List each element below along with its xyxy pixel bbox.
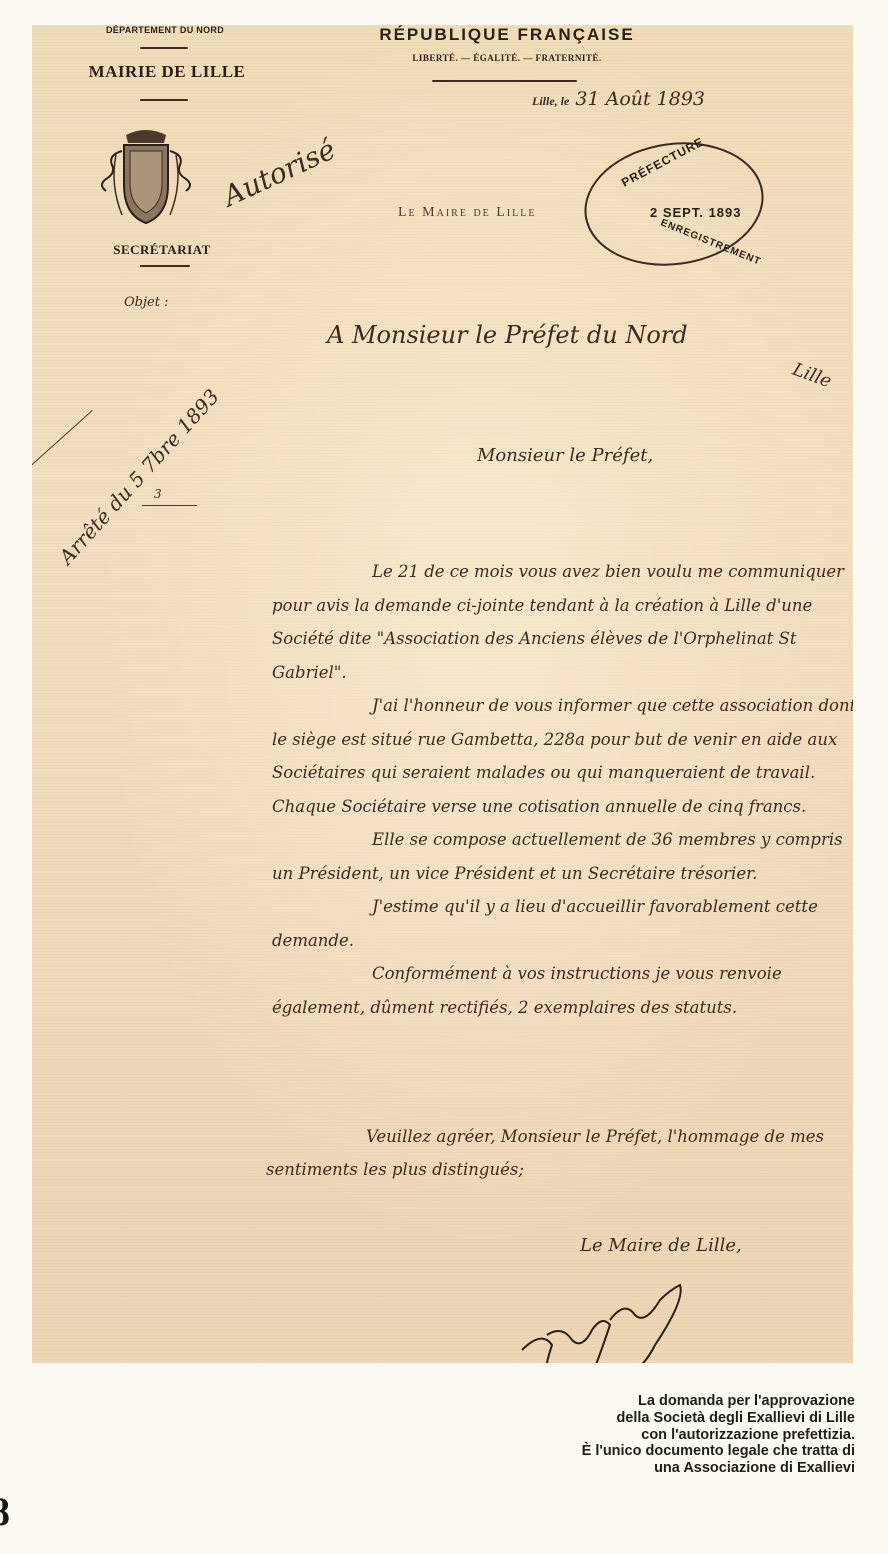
department-heading: DÉPARTEMENT DU NORD: [80, 25, 250, 35]
ornament-rule: [140, 47, 188, 49]
dateline-date: 31 Août 1893: [575, 88, 705, 110]
letter-paragraph: Le 21 de ce mois vous avez bien voulu me…: [272, 555, 853, 689]
letter-paragraph: Conformément à vos instructions je vous …: [272, 957, 853, 1024]
republic-motto: LIBERTÉ. — ÉGALITÉ. — FRATERNITÉ.: [337, 53, 677, 63]
caption-line: con l'autorizzazione prefettizia.: [420, 1427, 855, 1444]
caption-line: della Società degli Exallievi di Lille: [420, 1410, 855, 1427]
margin-note: Arrêté du 5 7bre 1893: [54, 384, 224, 569]
coat-of-arms-icon: [86, 125, 206, 235]
margin-line: [32, 410, 93, 625]
closing-text: Veuillez agréer, Monsieur le Préfet, l'h…: [266, 1120, 853, 1186]
caption-line: La domanda per l'approvazione: [420, 1393, 855, 1410]
letter-photograph: DÉPARTEMENT DU NORD MAIRIE DE LILLE SECR…: [32, 25, 853, 1363]
letter-paragraph: Elle se compose actuellement de 36 membr…: [272, 823, 853, 890]
letter-body: Le 21 de ce mois vous avez bien voulu me…: [272, 555, 853, 1024]
addressee-city: Lille: [790, 359, 835, 392]
dateline: Lille, le 31 Août 1893: [532, 88, 705, 110]
secretariat-heading: SECRÉTARIAT: [87, 242, 237, 258]
addressee: A Monsieur le Préfet du Nord: [327, 321, 688, 349]
objet-label: Objet :: [124, 295, 168, 310]
letter-closing: Veuillez agréer, Monsieur le Préfet, l'h…: [266, 1120, 853, 1186]
margin-tick: [142, 505, 197, 506]
signature-title: Le Maire de Lille,: [580, 1235, 742, 1256]
margin-number: 3: [154, 487, 162, 501]
mairie-heading: MAIRIE DE LILLE: [62, 62, 272, 82]
letter-paragraph: J'ai l'honneur de vous informer que cett…: [272, 689, 853, 823]
signature-icon: [502, 1280, 722, 1363]
letter-paragraph: J'estime qu'il y a lieu d'accueillir fav…: [272, 890, 853, 957]
republic-heading: RÉPUBLIQUE FRANÇAISE: [337, 25, 677, 45]
ornament-rule: [432, 80, 577, 82]
caption-line: È l'unico documento legale che tratta di: [420, 1443, 855, 1460]
ornament-rule: [140, 99, 188, 101]
page-number: 8: [0, 1488, 10, 1535]
dateline-label: Lille, le: [532, 94, 569, 108]
ornament-rule: [140, 265, 190, 267]
photo-caption: La domanda per l'approvazione della Soci…: [420, 1393, 855, 1477]
sender-line: Le Maire de Lille: [398, 205, 536, 221]
autorise-annotation: Autorisé: [218, 133, 340, 213]
salutation: Monsieur le Préfet,: [477, 445, 653, 466]
caption-line: una Associazione di Exallievi: [420, 1460, 855, 1477]
